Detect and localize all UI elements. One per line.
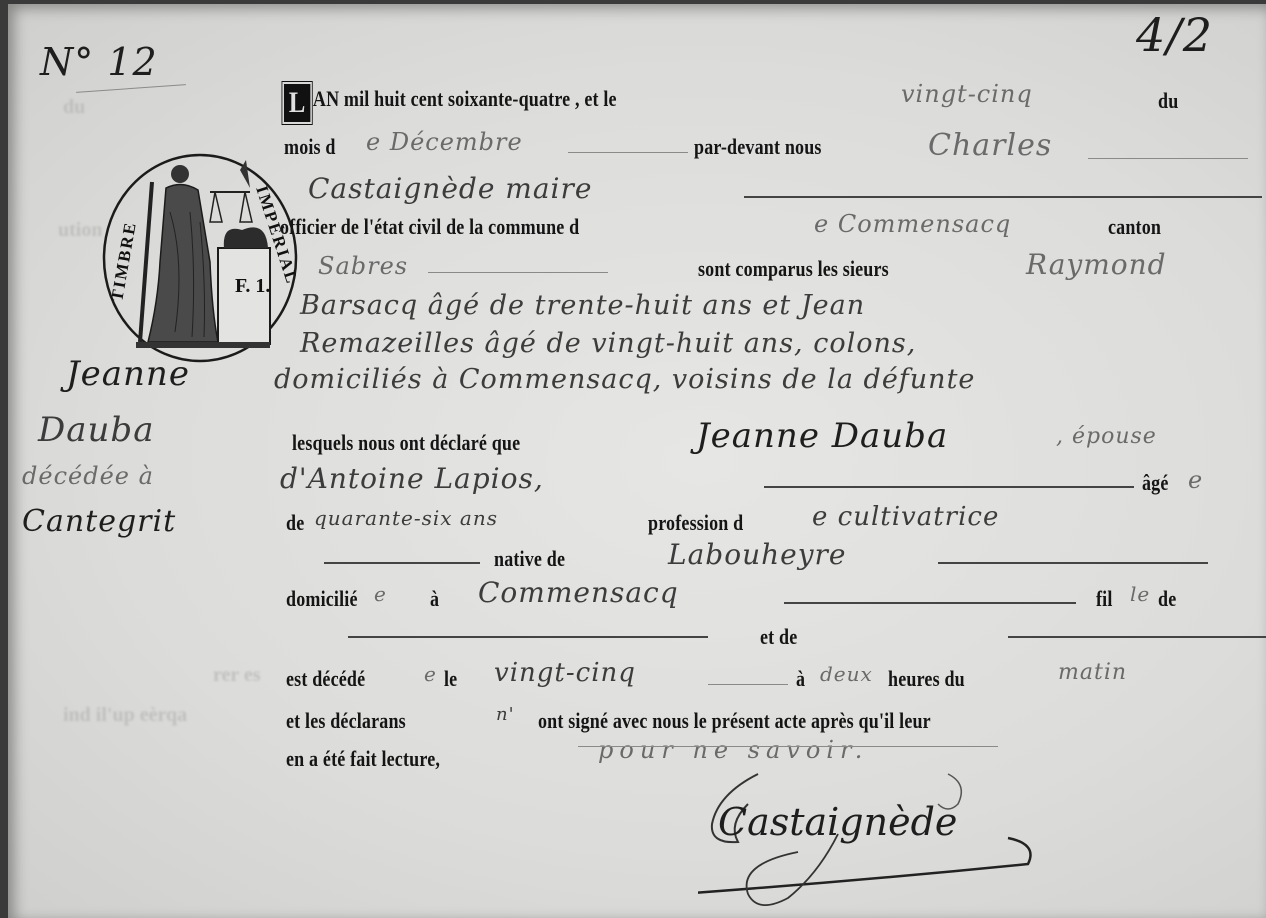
fill-line (324, 562, 480, 564)
handwritten-entry: e (374, 582, 387, 606)
handwritten-entry: vingt-cinq (901, 80, 1033, 108)
handwritten-entry: deux (820, 662, 873, 686)
act-number: N° 12 (40, 40, 158, 84)
printed-text: du (1158, 88, 1178, 114)
margin-note-line: Cantegrit (22, 504, 176, 539)
fill-line (348, 636, 708, 638)
printed-text: ont signé avec nous le présent acte aprè… (538, 708, 931, 734)
divider (76, 84, 186, 93)
handwritten-entry: e cultivatrice (812, 502, 999, 532)
handwritten-entry: e (1188, 466, 1203, 494)
handwritten-entry: vingt-cinq (494, 658, 636, 688)
printed-text: domicilié (286, 586, 358, 612)
printed-text: de (1158, 586, 1176, 612)
justice-stamp-icon: F. 1. TIMBRE IMPÉRIAL (100, 152, 300, 364)
fill-line (578, 746, 998, 747)
handwritten-entry: Commensacq (478, 576, 679, 609)
printed-text: en a été fait lecture, (286, 746, 440, 772)
fill-line (568, 152, 688, 153)
fill-line (938, 562, 1208, 564)
printed-text: fil (1096, 586, 1113, 612)
printed-text: profession d (648, 510, 743, 536)
document-page: du ution rer es ind il'up eèrqa N° 12 4/… (8, 4, 1266, 918)
printed-text: et de (760, 624, 797, 650)
imperial-stamp: F. 1. TIMBRE IMPÉRIAL (100, 152, 300, 364)
printed-text: lesquels nous ont déclaré que (292, 430, 520, 456)
margin-note-line: Dauba (38, 410, 154, 450)
handwritten-entry: Barsacq âgé de trente-huit ans et Jean (300, 290, 865, 321)
page-number: 4/2 (1136, 8, 1213, 62)
handwritten-entry: Labouheyre (668, 538, 846, 571)
printed-text: officier de l'état civil de la commune d (280, 214, 579, 240)
handwritten-entry: , épouse (1056, 424, 1157, 449)
fill-line (1088, 158, 1248, 159)
handwritten-entry: Remazeilles âgé de vingt-huit ans, colon… (300, 328, 916, 359)
mayor-signature: Castaignède (698, 764, 1058, 914)
printed-text: canton (1108, 214, 1161, 240)
fill-line (708, 684, 788, 685)
handwritten-entry: e (424, 662, 437, 686)
fill-line (1008, 636, 1266, 638)
printed-text: le (444, 666, 457, 692)
printed-text: native de (494, 546, 565, 572)
margin-note-line: Jeanne (66, 354, 190, 394)
handwritten-entry: le (1130, 582, 1150, 606)
printed-text: à (430, 586, 439, 612)
printed-text: heures du (888, 666, 965, 692)
printed-line: LAN mil huit cent soixante-quatre , et l… (284, 84, 617, 122)
handwritten-entry: domiciliés à Commensacq, voisins de la d… (274, 364, 975, 395)
printed-text: à (796, 666, 805, 692)
svg-text:TIMBRE: TIMBRE (107, 220, 140, 303)
handwritten-entry: Charles (928, 128, 1052, 163)
printed-text: sont comparus les sieurs (698, 256, 889, 282)
handwritten-entry: quarante-six ans (314, 506, 498, 530)
margin-note-line: décédée à (22, 462, 154, 490)
bleed-through-text: du (63, 96, 85, 119)
handwritten-entry: Sabres (318, 252, 408, 280)
handwritten-entry: e Décembre (366, 128, 523, 156)
bleed-through-text: ind il'up eèrqa (63, 704, 187, 727)
bleed-through-text: rer es (213, 664, 261, 687)
printed-text: et les déclarans (286, 708, 406, 734)
handwritten-entry: n' (496, 704, 515, 725)
svg-text:F. 1.: F. 1. (235, 275, 270, 297)
printed-text: par-devant nous (694, 134, 822, 160)
handwritten-entry: d'Antoine Lapios, (280, 462, 544, 495)
handwritten-entry: Jeanne Dauba (696, 416, 948, 456)
printed-text: est décédé (286, 666, 365, 692)
handwritten-entry: pour ne savoir. (598, 736, 868, 764)
handwritten-entry: Castaignède maire (308, 172, 592, 205)
fill-line (428, 272, 608, 273)
signature-text: Castaignède (718, 800, 957, 844)
handwritten-entry: e Commensacq (814, 210, 1011, 238)
fill-line (764, 486, 1134, 488)
printed-text: âgé (1142, 470, 1169, 496)
handwritten-entry: matin (1058, 660, 1127, 685)
printed-text: de (286, 510, 304, 536)
handwritten-entry: Raymond (1026, 248, 1167, 281)
fill-line (744, 196, 1262, 198)
bleed-through-text: ution (58, 219, 102, 242)
drop-cap: L (284, 84, 310, 122)
printed-text: mois d (284, 134, 336, 160)
fill-line (784, 602, 1076, 604)
